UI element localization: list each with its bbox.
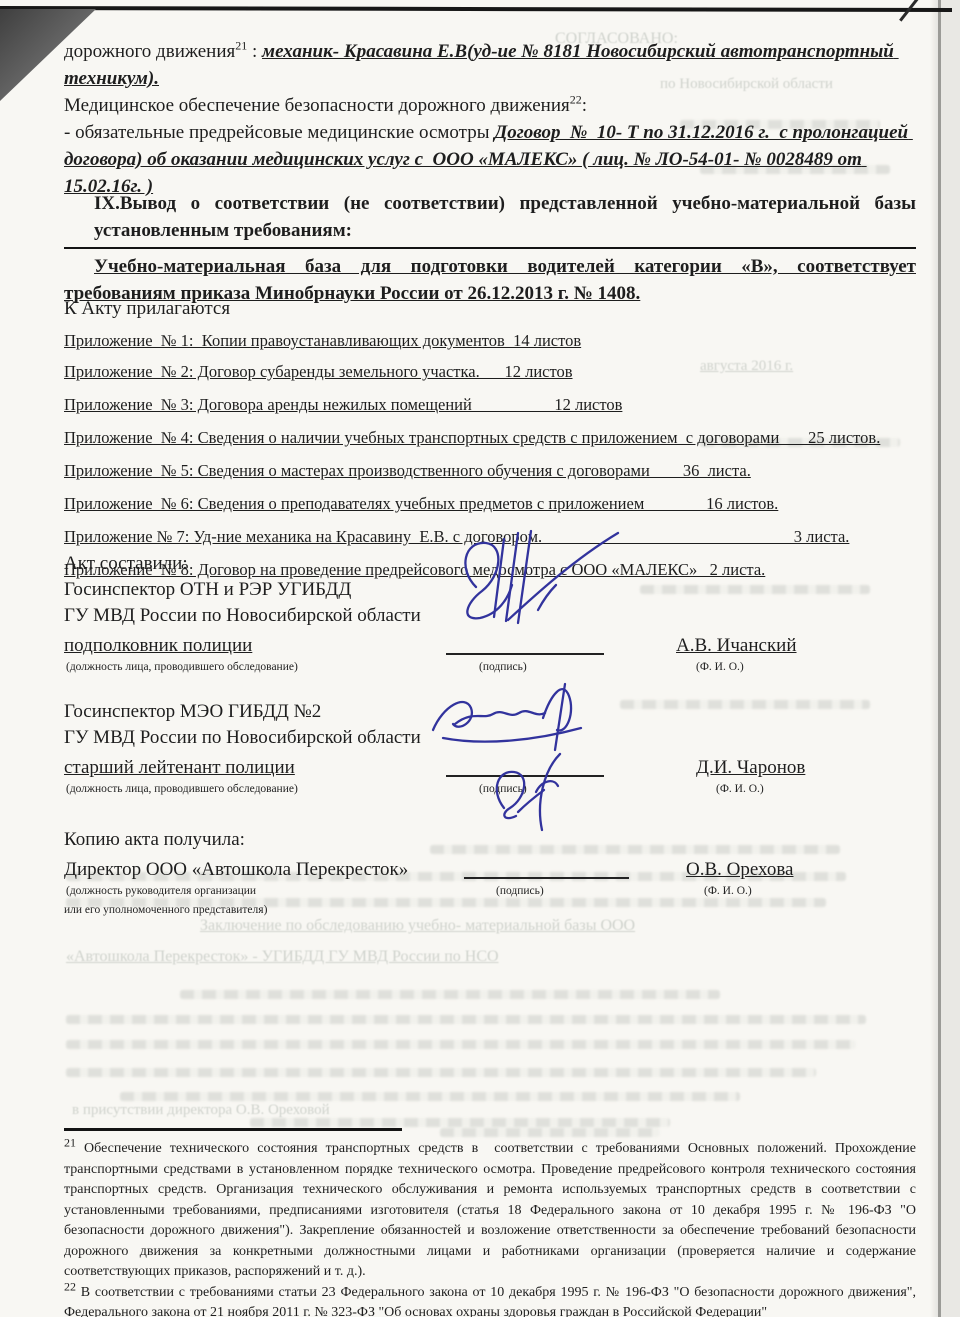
signer1-name: А.В. Ичанский (676, 635, 797, 657)
footnote-ref-22: 22 (570, 93, 582, 107)
ink-signature-ichansky (438, 525, 623, 645)
attachment-item-6: Приложение № 6: Сведения о преподавателя… (64, 494, 916, 513)
signer2-name-caption: (Ф. И. О.) (716, 783, 764, 795)
attachment-item-1: Приложение № 1: Копии правоустанавливающ… (64, 331, 916, 350)
signer3-name: О.В. Орехова (686, 859, 793, 881)
footnote-21: 21 Обеспечение технического состояния тр… (64, 1139, 916, 1283)
signer3-signature-line (464, 877, 629, 879)
scanned-document-page: СОГЛАСОВАНО: по Новосибирской области ав… (0, 0, 960, 1317)
signer3-rank-caption-line1: (должность руководителя организации (66, 885, 256, 897)
bleedthrough-text: в присутствии директора О.В. Ореховой (72, 1102, 330, 1119)
footnotes-section: 21 Обеспечение технического состояния тр… (64, 1128, 916, 1317)
signer3-rank-caption-line2: или его уполномоченного представителя) (64, 903, 916, 918)
attachment-item-4: Приложение № 4: Сведения о наличии учебн… (64, 428, 916, 447)
page-right-edge-line (938, 0, 941, 1317)
attachments-title: К Акту прилагаются (64, 297, 916, 321)
attachment-item-3: Приложение № 3: Договора аренды нежилых … (64, 395, 916, 414)
signer3-captions: (должность руководителя организации (под… (64, 885, 916, 903)
signer3-name-caption: (Ф. И. О.) (704, 885, 752, 897)
page-edge-shadow (930, 0, 938, 1317)
mechanic-paragraph: дорожного движения21 : механик- Красавин… (64, 38, 916, 92)
medical-heading: Медицинское обеспечение безопасности дор… (64, 92, 916, 119)
ink-signature-orekhova (478, 750, 588, 845)
scanner-background-strip (941, 0, 960, 1317)
signer1-signature-line (446, 653, 604, 655)
bleedthrough-smudge (66, 1040, 856, 1049)
medical-colon: : (582, 95, 587, 116)
medical-label: Медицинское обеспечение безопасности дор… (64, 95, 570, 116)
bleedthrough-smudge (66, 1015, 866, 1024)
footnote-22-marker: 22 (64, 1279, 76, 1293)
footnote-22: 22 В соответствии с требованиями статьи … (64, 1283, 916, 1317)
colon-separator: : (247, 41, 262, 62)
bleedthrough-smudge (250, 1118, 670, 1127)
bleedthrough-text: «Автошкола Перекресток» - УГИБДД ГУ МВД … (66, 948, 499, 966)
medical-item-paragraph: - обязательные предрейсовые медицинские … (64, 119, 916, 200)
section-9-heading: IX.Вывод о соответствии (не соответствии… (64, 190, 916, 244)
footnote-21-marker: 21 (64, 1135, 76, 1149)
attachment-item-5: Приложение № 5: Сведения о мастерах прои… (64, 461, 916, 480)
signer1-name-caption: (Ф. И. О.) (696, 661, 744, 673)
signer2-name: Д.И. Чаронов (696, 757, 805, 779)
signer2-rank: старший лейтенант полиции (64, 757, 295, 779)
signer1-rank: подполковник полиции (64, 635, 252, 657)
footnote-separator (64, 1128, 402, 1131)
signer1-rank-caption: (должность лица, проводившего обследован… (66, 661, 298, 673)
bleedthrough-text: Заключение по обследованию учебно- матер… (200, 917, 635, 935)
signer2-rank-caption: (должность лица, проводившего обследован… (66, 783, 298, 795)
signer3-signature-row: Директор ООО «Автошкола Перекресток» О.В… (64, 853, 916, 885)
footnote-ref-21: 21 (235, 39, 247, 53)
bleedthrough-smudge (66, 1068, 816, 1077)
section-9: IX.Вывод о соответствии (не соответствии… (64, 190, 916, 307)
intro-section: дорожного движения21 : механик- Красавин… (64, 38, 916, 200)
bleedthrough-smudge (180, 990, 720, 999)
medical-item-label: - обязательные предрейсовые медицинские … (64, 122, 494, 143)
signer3-rank: Директор ООО «Автошкола Перекресток» (64, 859, 408, 881)
signer3-sign-caption: (подпись) (496, 885, 544, 897)
bleedthrough-smudge (120, 1092, 740, 1101)
page-top-edge-line (0, 6, 952, 12)
section-9-heading-block: IX.Вывод о соответствии (не соответствии… (64, 190, 916, 249)
mechanic-label: дорожного движения (64, 41, 235, 62)
attachment-item-2: Приложение № 2: Договор субаренды земель… (64, 362, 916, 381)
